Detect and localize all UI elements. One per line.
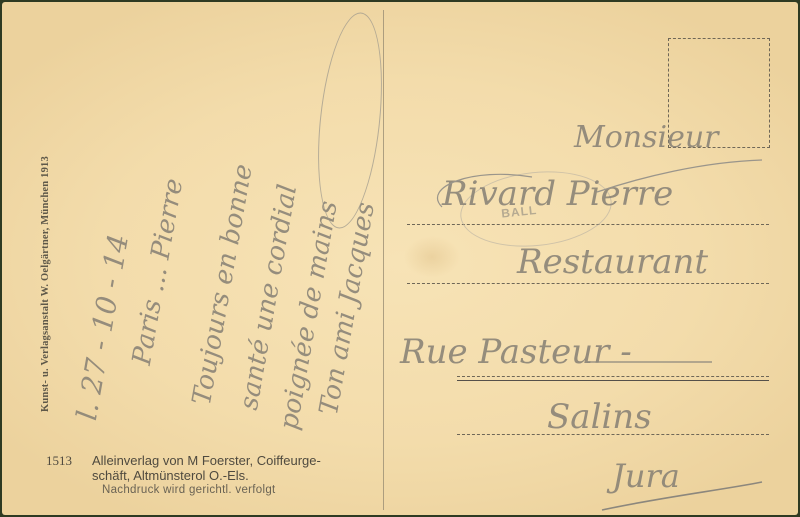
postcard-back: Kunst- u. Verlagsanstalt W. Oelgärtner, … [2, 2, 798, 515]
pencil-flourishes [2, 2, 798, 515]
